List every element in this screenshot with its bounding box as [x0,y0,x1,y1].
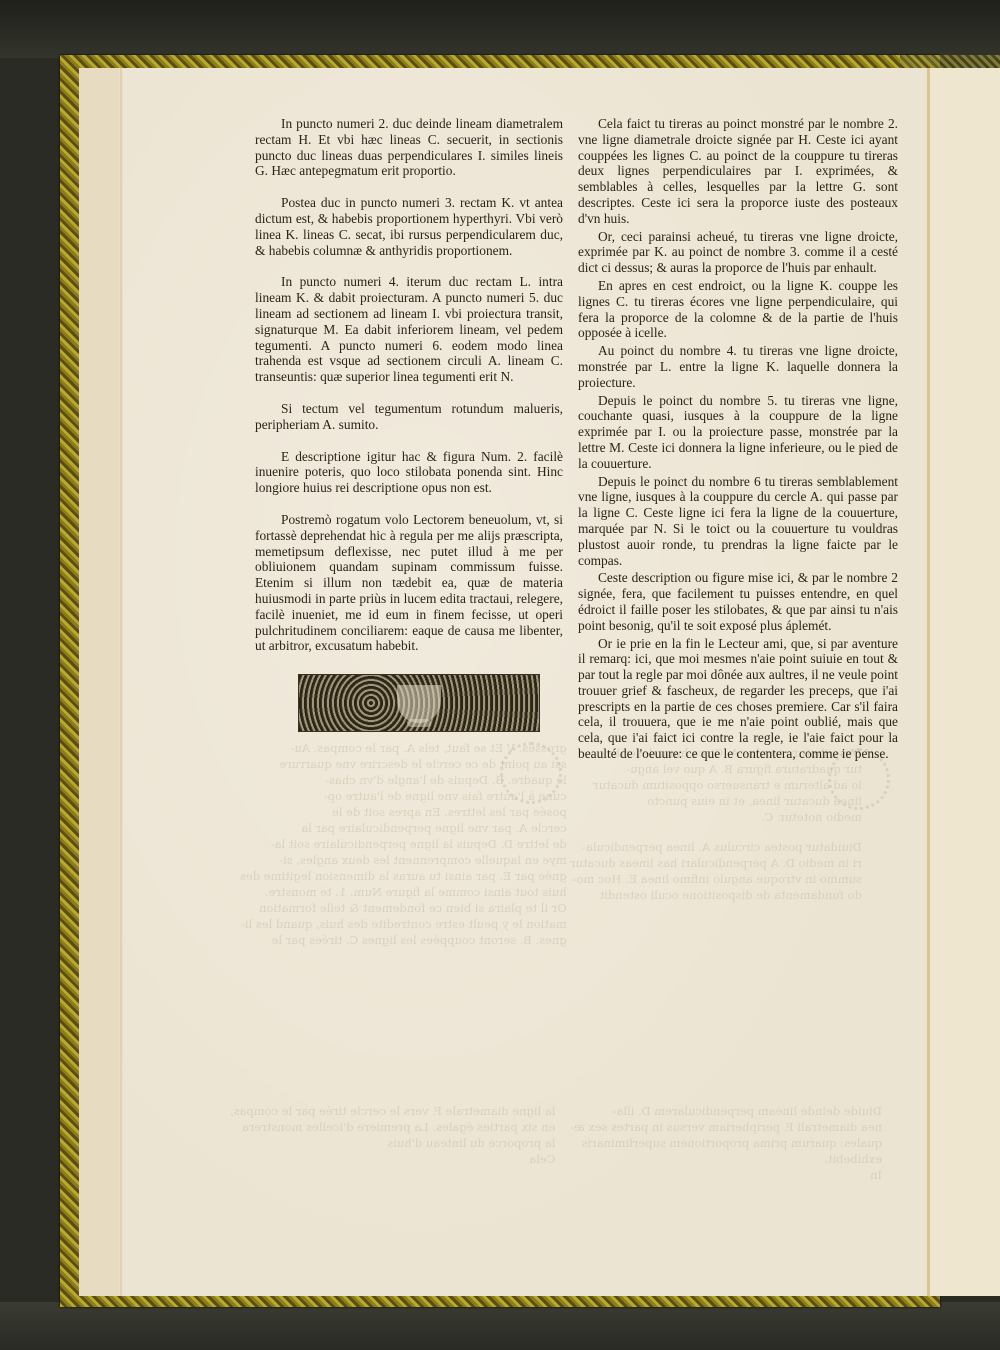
french-paragraph: Depuis le poinct du nombre 6 tu tireras … [578,474,898,569]
urn-icon [397,685,441,723]
bleed-through-bottom-left: la ligne diametrale F. vers le cercle ti… [230,1103,555,1167]
latin-text-column: In puncto numeri 2. duc deinde lineam di… [255,116,563,670]
latin-paragraph: In puncto numeri 2. duc deinde lineam di… [255,116,563,179]
page-turn-in-margin [79,68,120,1296]
french-paragraph: Ceste description ou figure mise ici, & … [578,570,898,633]
latin-paragraph: Postremò rogatum volo Lectorem beneuolum… [255,512,563,654]
bleed-through-bottom-right: Diuide deinde lineam perpendicularem D. … [570,1103,882,1183]
french-paragraph: En apres en cest endroict, ou la ligne K… [578,278,898,341]
french-paragraph: Cela faict tu tireras au poinct monstré … [578,116,898,227]
french-text-column: Cela faict tu tireras au poinct monstré … [578,116,898,764]
bleed-through-right: Describatur circulus A. Circa hunc descr… [570,745,862,903]
latin-paragraph: E descriptione igitur hac & figura Num. … [255,449,563,496]
latin-paragraph: Si tectum vel tegumentum rotundum maluer… [255,401,563,433]
french-paragraph: Au poinct du nombre 4. tu tireras vne li… [578,343,898,390]
bleed-through-ornament-left [500,742,562,804]
urn-base-icon [407,719,431,727]
latin-paragraph: Postea duc in puncto numeri 3. rectam K.… [255,195,563,258]
facing-page-edge [927,68,1000,1296]
gutter-fold [119,68,123,1296]
latin-paragraph: In puncto numeri 4. iterum duc rectam L.… [255,274,563,385]
french-paragraph: Or ie prie en la fin le Lecteur ami, que… [578,636,898,762]
french-paragraph: Depuis le poinct du nombre 5. tu tireras… [578,393,898,472]
french-paragraph: Or, ceci parainsi acheué, tu tireras vne… [578,229,898,276]
woodcut-ornament-icon [298,674,540,732]
book-cover-bottom [0,1302,1000,1350]
book-cover-top [0,0,1000,58]
